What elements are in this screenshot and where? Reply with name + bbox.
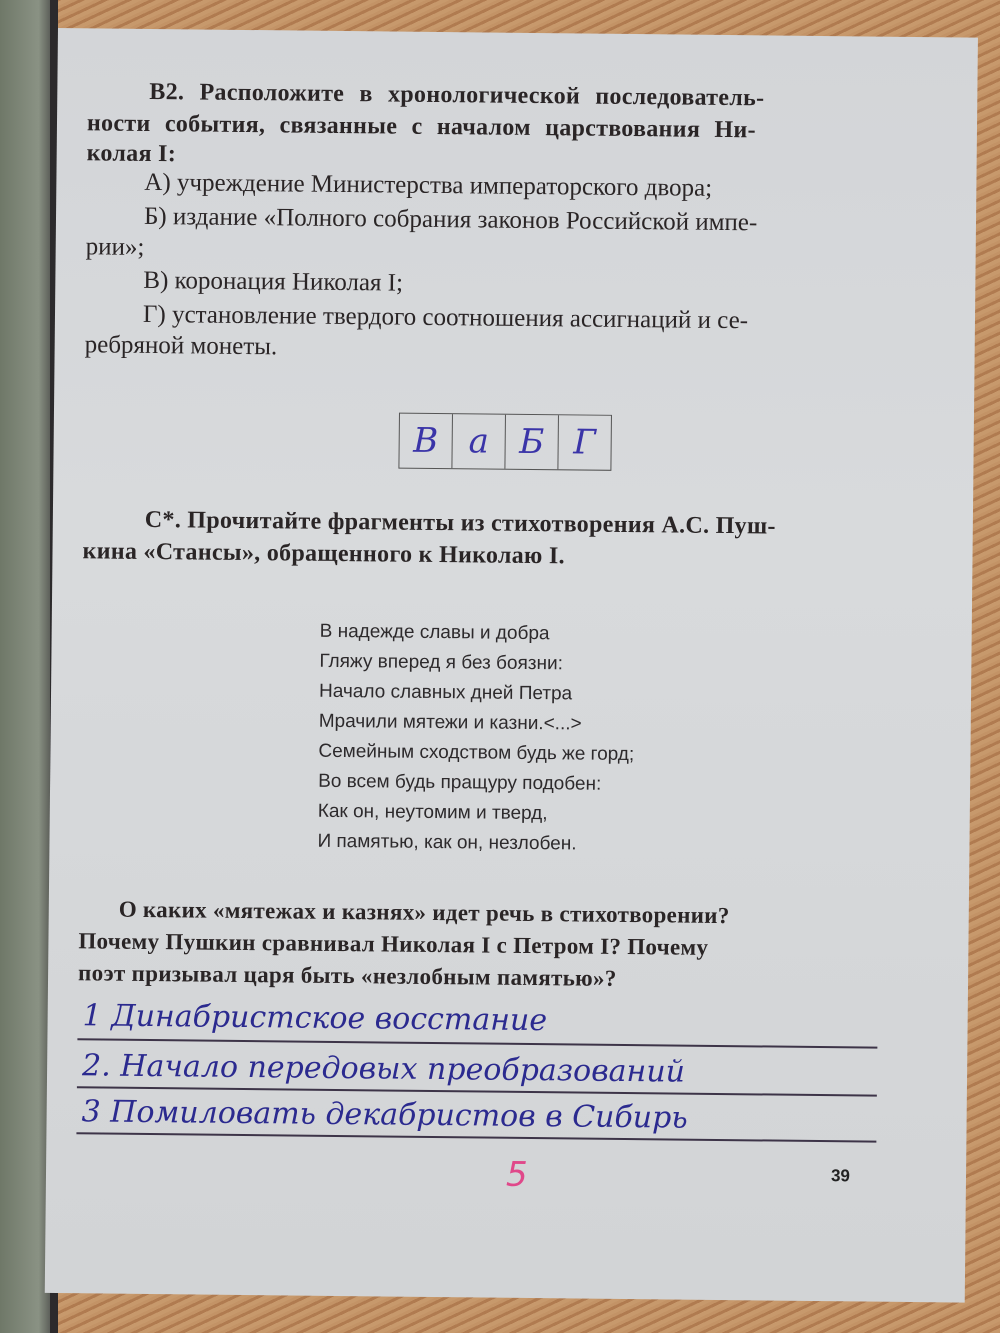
task-c-title-line1: С*. Прочитайте фрагменты из стихотворени… <box>145 507 776 541</box>
question-line-1: О каких «мятежах и казнях» идет речь в с… <box>119 897 730 929</box>
answer-cell-1[interactable]: В <box>399 414 453 469</box>
poem-line-3: Начало славных дней Петра <box>319 681 572 706</box>
poem-line-6: Во всем будь пращуру подобен: <box>318 771 601 796</box>
poem-line-1: В надежде славы и добра <box>320 621 550 645</box>
poem-line-4: Мрачили мятежи и казни.<...> <box>319 711 582 736</box>
option-b-cont: рии»; <box>86 233 145 262</box>
question-line-2: Почему Пушкин сравнивал Николая I с Петр… <box>78 928 708 961</box>
task-b2-title-line2: ности события, связанные с началом царст… <box>87 110 756 144</box>
answer-line-1 <box>77 1038 877 1048</box>
answer-cell-2[interactable]: а <box>452 414 506 469</box>
handwritten-answer-1[interactable]: 1 Динабристское восстание <box>82 998 547 1038</box>
poem-line-2: Гляжу вперед я без боязни: <box>319 651 563 676</box>
teacher-grade: 5 <box>506 1155 528 1195</box>
task-b2-title-line1: B2. Расположите в хронологической послед… <box>149 79 764 112</box>
answer-grid[interactable]: В а Б Г <box>398 413 612 471</box>
handwritten-answer-2[interactable]: 2. Начало передовых преобразований <box>82 1048 685 1089</box>
option-v: В) коронация Николая I; <box>143 267 403 298</box>
poem-line-7: Как он, неутомим и тверд, <box>318 801 548 825</box>
option-b: Б) издание «Полного собрания законов Рос… <box>144 203 758 237</box>
workbook-page: B2. Расположите в хронологической послед… <box>45 28 978 1303</box>
answer-line-3 <box>76 1132 876 1142</box>
poem-line-5: Семейным сходством будь же горд; <box>318 741 634 766</box>
answer-cell-3[interactable]: Б <box>505 415 559 470</box>
page-number: 39 <box>831 1166 850 1186</box>
option-a: А) учреждение Министерства императорског… <box>144 169 712 203</box>
task-c-title-line2: кина «Стансы», обращенного к Николаю I. <box>82 538 565 570</box>
question-line-3: поэт призывал царя быть «незлобным памят… <box>78 960 617 992</box>
answer-cell-4[interactable]: Г <box>558 415 611 470</box>
poem-line-8: И памятью, как он, незлобен. <box>317 831 576 856</box>
option-g: Г) установление твердого соотношения асс… <box>143 301 748 335</box>
option-g-cont: ребряной монеты. <box>85 331 278 361</box>
task-b2-title-line3: колая I: <box>87 140 177 168</box>
handwritten-answer-3[interactable]: 3 Помиловать декабристов в Сибирь <box>81 1094 687 1135</box>
